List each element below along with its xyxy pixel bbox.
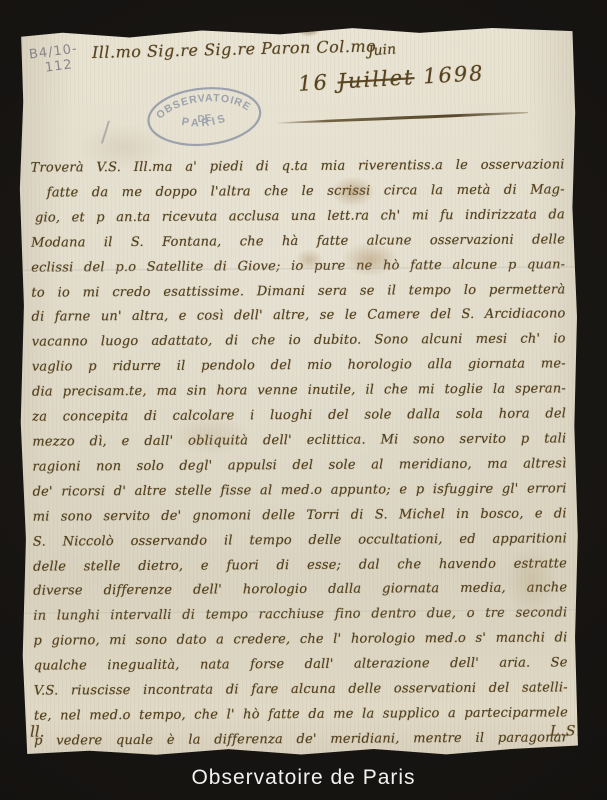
letter-salutation: Ill.mo Sig.re Sig.re Paron Col.mo — [92, 36, 412, 63]
handwritten-line: za concepita di calcolare i luoghi del s… — [32, 402, 566, 430]
handwritten-line: S. Niccolò osservando il tempo delle occ… — [33, 527, 567, 555]
observatoire-oval-stamp-icon: OBSERVATOIRE DE PARIS — [142, 80, 267, 153]
ink-stain — [297, 21, 321, 37]
handwritten-line: di farne un' altra, e così dell' altre, … — [31, 303, 565, 331]
handwritten-line: dia precisam.te, ma sin hora venne inuti… — [32, 378, 566, 406]
image-caption: Observatoire de Paris — [0, 760, 607, 796]
page-catchword: ll. — [30, 723, 44, 741]
photo-stage: B4/10- 112 Ill.mo Sig.re Sig.re Paron Co… — [0, 0, 607, 800]
handwritten-line: p giorno, mi sono dato a credere, che l'… — [33, 627, 567, 655]
letter-signoff-initials: L.S. — [550, 723, 581, 739]
handwritten-line: delle stelle dietro, e fuori di esse; da… — [33, 552, 567, 580]
handwritten-line: fatte da me doppo l'altra che le scrissi… — [31, 178, 565, 206]
date-line: 16 Juillet 1698 — [298, 61, 486, 96]
handwritten-line: qualche inegualità, nata forse dall' alt… — [34, 651, 568, 679]
date-month-struck: Juillet — [337, 65, 415, 93]
handwritten-line: in lunghi intervalli di tempo racchiuse … — [33, 602, 567, 630]
handwritten-line: p vedere quale è la differenza de' merid… — [34, 726, 568, 754]
date-year: 1698 — [422, 61, 485, 89]
handwritten-line: Troverà V.S. Ill.ma a' piedi di q.ta mia… — [31, 153, 565, 181]
handwritten-line: diverse differenze dell' horologio dalla… — [33, 577, 567, 605]
date-day: 16 — [298, 70, 330, 96]
handwritten-line: Modana il S. Fontana, che hà fatte alcun… — [31, 228, 565, 256]
handwritten-line: de' ricorsi d' altre stelle fisse al med… — [33, 477, 567, 505]
letter-body: Troverà V.S. Ill.ma a' piedi di q.ta mia… — [19, 153, 581, 754]
shelfmark-line2: 112 — [44, 56, 80, 75]
archival-shelfmark: B4/10- 112 — [28, 41, 80, 77]
pencil-tick-mark — [101, 120, 110, 143]
handwritten-line: ragioni non solo degl' appulsi del sole … — [32, 452, 566, 480]
handwritten-line: te, nel med.o tempo, che l' hò fatte da … — [34, 701, 568, 729]
manuscript-sheet: B4/10- 112 Ill.mo Sig.re Sig.re Paron Co… — [18, 25, 580, 757]
ink-stain — [414, 21, 428, 31]
handwritten-line: V.S. riuscisse incontrata di fare alcuna… — [34, 676, 568, 704]
handwritten-line: eclissi del p.o Satellite di Giove; io p… — [31, 253, 565, 281]
handwritten-line: mi sono servito de' gnomoni delle Torri … — [33, 502, 567, 530]
handwritten-line: mezzo dì, e dall' obliquità dell' eclitt… — [32, 427, 566, 455]
date-month-correction: Juin — [367, 41, 396, 59]
date-underline-flourish — [276, 111, 528, 124]
handwritten-line: gio, et p an.ta ricevuta acclusa una let… — [31, 203, 565, 231]
handwritten-line: vacanno luogo adattato, di che io dubito… — [32, 328, 566, 356]
handwritten-line: to io mi credo esattissime. Dimani sera … — [31, 278, 565, 306]
handwritten-line: vaglio p ridurre il pendolo del mio horo… — [32, 353, 566, 381]
